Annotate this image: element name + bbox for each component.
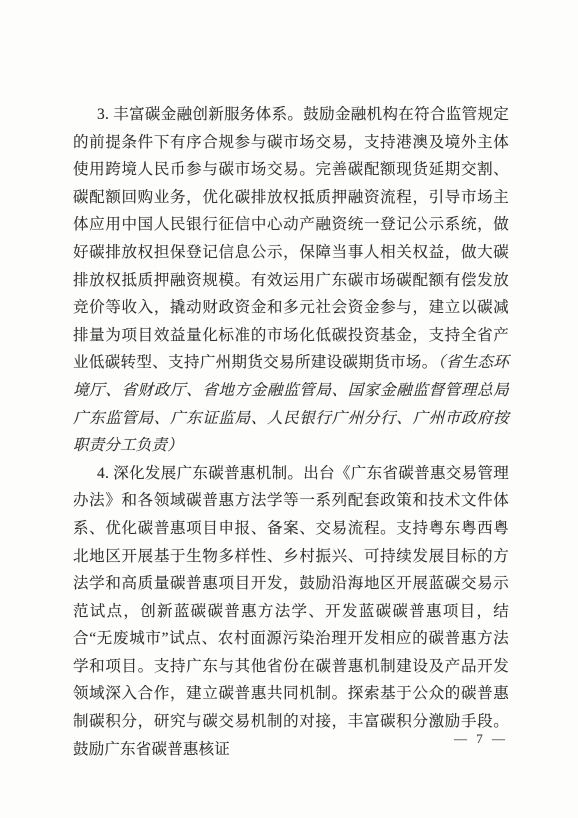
paragraph-item-4: 4. 深化发展广东碳普惠机制。出台《广东省碳普惠交易管理办法》和各领域碳普惠方法…	[73, 460, 509, 764]
paragraph-item-4-text: 4. 深化发展广东碳普惠机制。出台《广东省碳普惠交易管理办法》和各领域碳普惠方法…	[73, 465, 509, 758]
page-number: — 7 —	[454, 731, 508, 747]
document-page: 3. 丰富碳金融创新服务体系。鼓励金融机构在符合监管规定的前提条件下有序合规参与…	[0, 0, 578, 818]
paragraph-item-3-text: 3. 丰富碳金融创新服务体系。鼓励金融机构在符合监管规定的前提条件下有序合规参与…	[73, 106, 509, 371]
document-body: 3. 丰富碳金融创新服务体系。鼓励金融机构在符合监管规定的前提条件下有序合规参与…	[73, 101, 509, 763]
paragraph-item-3: 3. 丰富碳金融创新服务体系。鼓励金融机构在符合监管规定的前提条件下有序合规参与…	[73, 101, 509, 460]
